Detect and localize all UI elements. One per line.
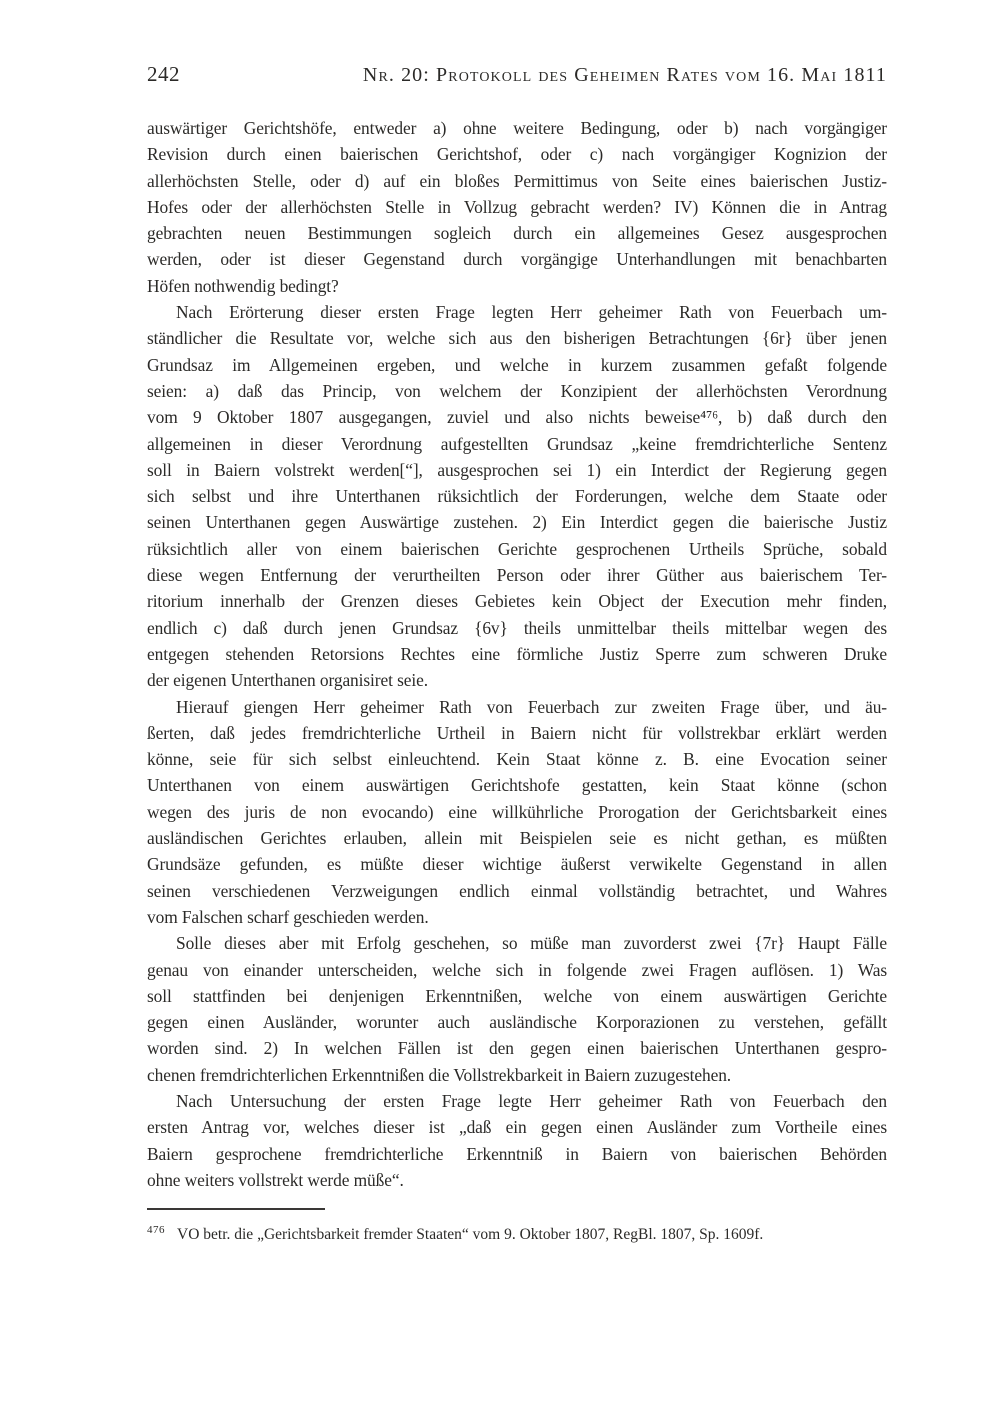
- text-line: Grundsäze gefunden, es müßte dieser wich…: [147, 851, 887, 877]
- text-line: worden sind. 2) In welchen Fällen ist de…: [147, 1035, 887, 1061]
- book-page: 242 Nr. 20: Protokoll des Geheimen Rates…: [0, 0, 1004, 1418]
- text-line: sich selbst und ihre Unterthanen rüksich…: [147, 483, 887, 509]
- text-line: gegen einen Ausländer, worunter auch aus…: [147, 1009, 887, 1035]
- page-header: 242 Nr. 20: Protokoll des Geheimen Rates…: [0, 0, 1004, 87]
- text-line: auswärtiger Gerichtshöfe, entweder a) oh…: [147, 115, 887, 141]
- text-line: seinen Unterthanen gegen Auswärtige zust…: [147, 509, 887, 535]
- text-line: soll in Baiern volstrekt werden[“], ausg…: [147, 457, 887, 483]
- footnote-text: VO betr. die „Gerichtsbarkeit fremder St…: [177, 1226, 763, 1243]
- text-line: Nach Untersuchung der ersten Frage legte…: [147, 1088, 887, 1114]
- text-line: der eigenen Unterthanen organisiret seie…: [147, 667, 887, 693]
- text-line: könne, seie für sich selbst einleuchtend…: [147, 746, 887, 772]
- footnote-separator: [147, 1208, 325, 1210]
- text-line: Hofes oder der allerhöchsten Stelle in V…: [147, 194, 887, 220]
- text-line: rüksichtlich aller von einem baierischen…: [147, 536, 887, 562]
- text-line: entgegen stehenden Retorsions Rechtes ei…: [147, 641, 887, 667]
- text-line: ßerten, daß jedes fremdrichterliche Urth…: [147, 720, 887, 746]
- text-line: ersten Antrag vor, welches dieser ist „d…: [147, 1114, 887, 1140]
- text-line: werden, oder ist dieser Gegenstand durch…: [147, 246, 887, 272]
- text-line: gebrachten neuen Bestimmungen sogleich d…: [147, 220, 887, 246]
- page-number: 242: [147, 62, 180, 87]
- text-line: vom Falschen scharf geschieden werden.: [147, 904, 887, 930]
- text-line: seinen verschiedenen Verzweigungen endli…: [147, 878, 887, 904]
- footnote: 476VO betr. die „Gerichtsbarkeit fremder…: [147, 1219, 887, 1246]
- text-line: Höfen nothwendig bedingt?: [147, 273, 887, 299]
- body-text: auswärtiger Gerichtshöfe, entweder a) oh…: [147, 115, 887, 1193]
- paragraph: Nach Erörterung dieser ersten Frage legt…: [147, 299, 887, 693]
- text-line: Solle dieses aber mit Erfolg geschehen, …: [147, 930, 887, 956]
- text-line: ritorium innerhalb der Grenzen dieses Ge…: [147, 588, 887, 614]
- footnote-marker: 476: [147, 1224, 165, 1236]
- text-line: soll stattfinden bei denjenigen Erkenntn…: [147, 983, 887, 1009]
- text-line: Nach Erörterung dieser ersten Frage legt…: [147, 299, 887, 325]
- text-line: Baiern gesprochene fremdrichterliche Erk…: [147, 1141, 887, 1167]
- text-line: ständlicher die Resultate vor, welche si…: [147, 325, 887, 351]
- text-line: diese wegen Entfernung der verurtheilten…: [147, 562, 887, 588]
- text-line: wegen des juris de non evocando) eine wi…: [147, 799, 887, 825]
- text-line: allerhöchsten Stelle, oder d) auf ein bl…: [147, 168, 887, 194]
- paragraph: Solle dieses aber mit Erfolg geschehen, …: [147, 930, 887, 1088]
- text-line: ohne weiters vollstrekt werde müße“.: [147, 1167, 887, 1193]
- running-title: Nr. 20: Protokoll des Geheimen Rates vom…: [363, 64, 887, 87]
- text-line: allgemeinen in dieser Verordnung aufgest…: [147, 431, 887, 457]
- text-line: endlich c) daß durch jenen Grundsaz {6v}…: [147, 615, 887, 641]
- text-line: Hierauf giengen Herr geheimer Rath von F…: [147, 694, 887, 720]
- text-line: seien: a) daß das Princip, von welchem d…: [147, 378, 887, 404]
- paragraph: Hierauf giengen Herr geheimer Rath von F…: [147, 694, 887, 931]
- text-line: chenen fremdrichterlichen Erkenntnißen d…: [147, 1062, 887, 1088]
- text-line: Unterthanen von einem auswärtigen Gerich…: [147, 772, 887, 798]
- text-line: genau von einander unterscheiden, welche…: [147, 957, 887, 983]
- text-line: Grundsaz im Allgemeinen ergeben, und wel…: [147, 352, 887, 378]
- text-line: ausländischen Gerichtes erlauben, allein…: [147, 825, 887, 851]
- text-line: vom 9 Oktober 1807 ausgegangen, zuviel u…: [147, 404, 887, 430]
- text-line: Revision durch einen baierischen Gericht…: [147, 141, 887, 167]
- paragraph: auswärtiger Gerichtshöfe, entweder a) oh…: [147, 115, 887, 299]
- paragraph: Nach Untersuchung der ersten Frage legte…: [147, 1088, 887, 1193]
